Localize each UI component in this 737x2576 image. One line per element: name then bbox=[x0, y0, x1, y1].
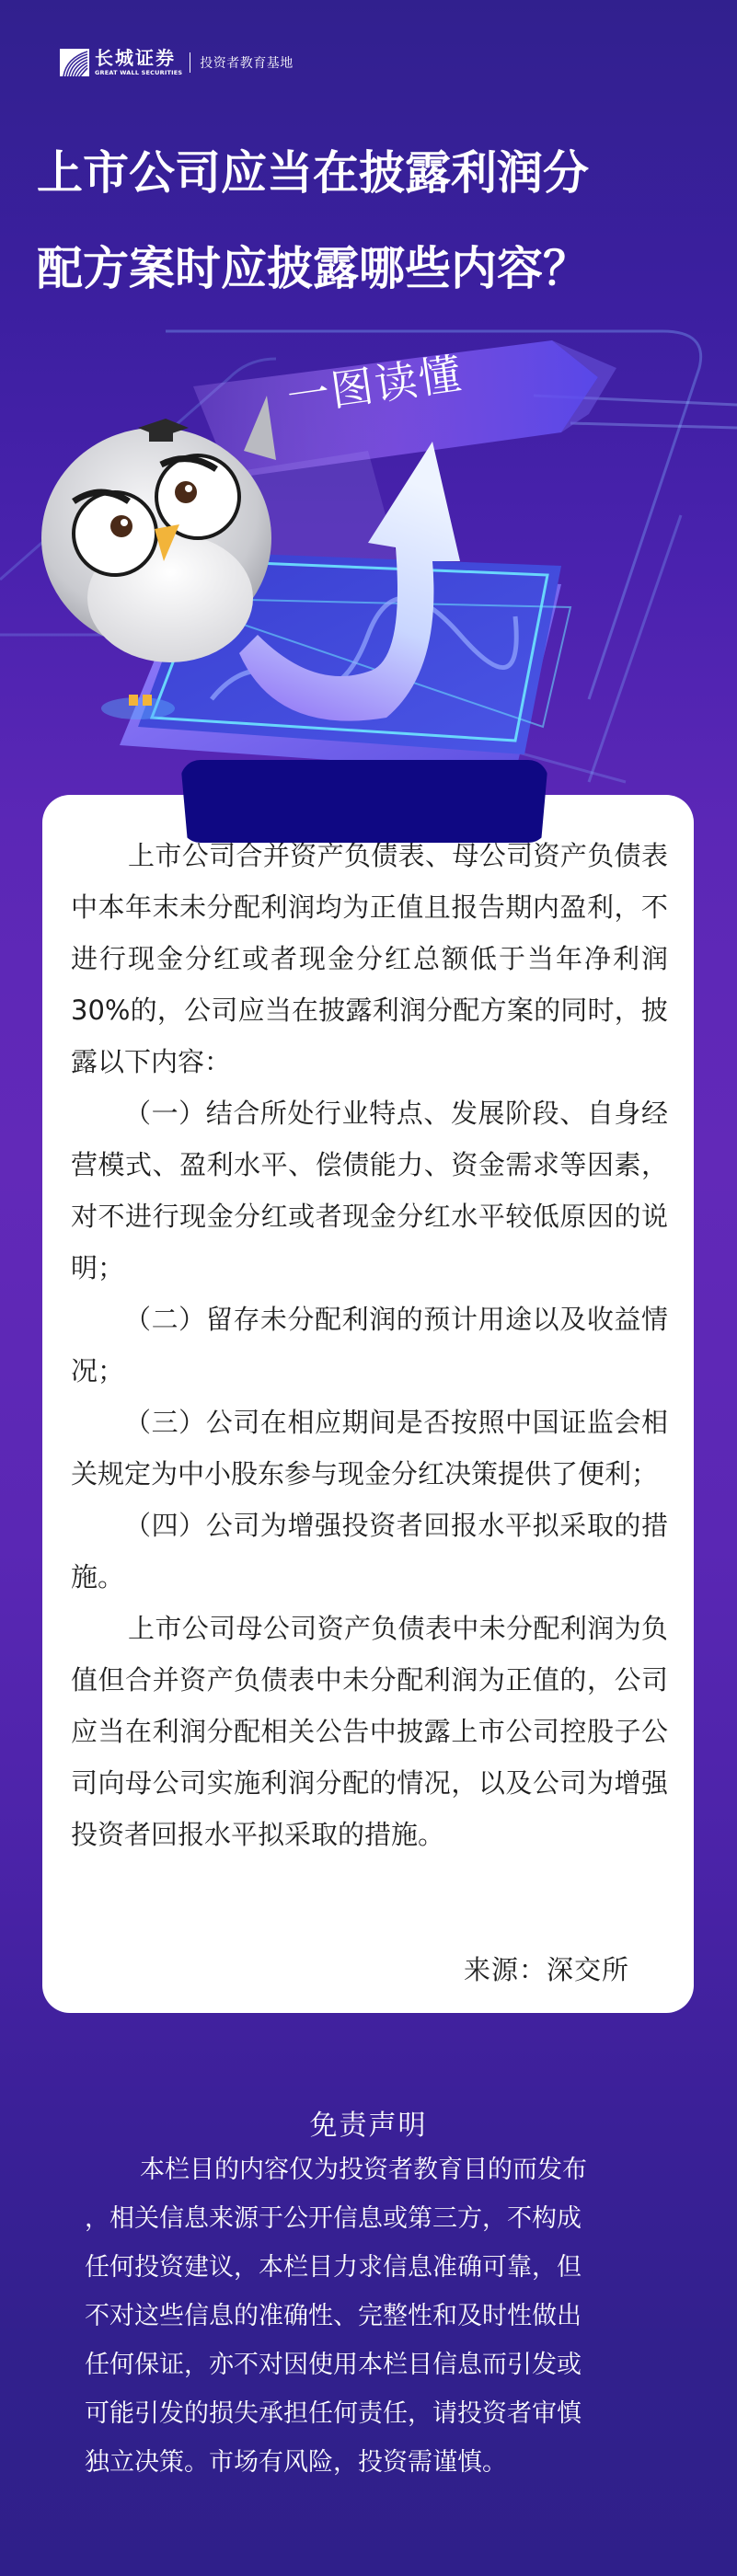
redaction-block bbox=[180, 760, 548, 843]
brand-name-en: GREAT WALL SECURITIES bbox=[95, 70, 182, 76]
disclaimer-title: 免责声明 bbox=[0, 2102, 737, 2143]
disclaimer-line: 不对这些信息的准确性、完整性和及时性做出 bbox=[85, 2292, 657, 2340]
paragraph-item-1: （一）结合所处行业特点、发展阶段、自身经营模式、盈利水平、偿债能力、资金需求等因… bbox=[71, 1087, 668, 1294]
paragraph-item-3: （三）公司在相应期间是否按照中国证监会相关规定为中小股东参与现金分红决策提供了便… bbox=[71, 1397, 668, 1500]
paragraph-intro: 上市公司合并资产负债表、母公司资产负债表中本年末未分配利润均为正值且报告期内盈利… bbox=[71, 830, 668, 1087]
disclaimer-line: 本栏目的内容仅为投资者教育目的而发布 bbox=[85, 2145, 657, 2194]
brand-divider bbox=[190, 52, 190, 73]
infographic-page: 长城证券 GREAT WALL SECURITIES 投资者教育基地 上市公司应… bbox=[0, 0, 737, 2576]
brand-subtitle: 投资者教育基地 bbox=[200, 53, 294, 72]
disclaimer-line: ，相关信息来源于公开信息或第三方，不构成 bbox=[85, 2194, 657, 2243]
brand-name-cn: 长城证券 bbox=[95, 49, 182, 67]
brand-header: 长城证券 GREAT WALL SECURITIES 投资者教育基地 bbox=[60, 49, 294, 76]
paragraph-closing: 上市公司母公司资产负债表中未分配利润为负值但合并资产负债表中未分配利润为正值的，… bbox=[71, 1603, 668, 1860]
content-card: 上市公司合并资产负债表、母公司资产负债表中本年末未分配利润均为正值且报告期内盈利… bbox=[42, 795, 694, 2013]
page-title: 上市公司应当在披露利润分 配方案时应披露哪些内容？ bbox=[37, 125, 718, 316]
disclaimer-line: 可能引发的损失承担任何责任，请投资者审慎 bbox=[85, 2389, 657, 2438]
disclaimer-body: 本栏目的内容仅为投资者教育目的而发布 ，相关信息来源于公开信息或第三方，不构成 … bbox=[85, 2145, 657, 2487]
title-line-2: 配方案时应披露哪些内容？ bbox=[37, 221, 718, 316]
disclaimer-line: 任何投资建议，本栏目力求信息准确可靠，但 bbox=[85, 2243, 657, 2292]
title-line-1: 上市公司应当在披露利润分 bbox=[37, 125, 718, 221]
brand-name: 长城证券 GREAT WALL SECURITIES bbox=[95, 49, 182, 76]
paragraph-item-2: （二）留存未分配利润的预计用途以及收益情况； bbox=[71, 1294, 668, 1397]
disclaimer-line: 任何保证，亦不对因使用本栏目信息而引发或 bbox=[85, 2340, 657, 2389]
disclaimer-line: 独立决策。市场有风险，投资需谨慎。 bbox=[85, 2438, 657, 2487]
source-label: 来源：深交所 bbox=[464, 1949, 629, 1987]
hero-illustration: 一图读懂 bbox=[0, 304, 737, 819]
great-wall-logo-icon bbox=[60, 49, 89, 76]
paragraph-item-4: （四）公司为增强投资者回报水平拟采取的措施。 bbox=[71, 1500, 668, 1603]
